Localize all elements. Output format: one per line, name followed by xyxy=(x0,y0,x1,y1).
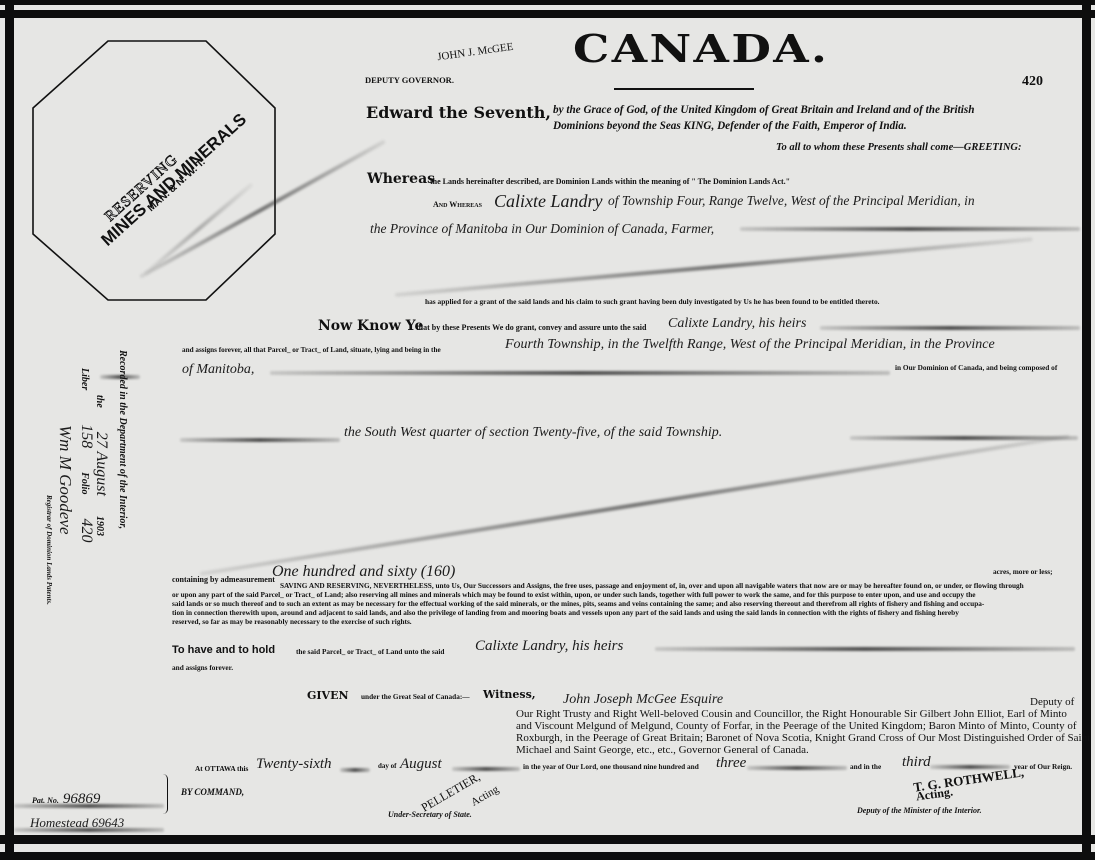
pen-stroke xyxy=(395,237,1033,297)
registrar-signature: Wm M Goodeve xyxy=(55,425,75,535)
province-name: of Manitoba, xyxy=(182,362,254,378)
whereas-heading: Whereas xyxy=(367,171,435,187)
at-ottawa-label: At OTTAWA this xyxy=(195,764,248,773)
fill-line xyxy=(747,766,847,770)
fill-line xyxy=(452,767,520,771)
footer-bracket xyxy=(163,774,168,814)
grantee-residence-2: the Province of Manitoba in Our Dominion… xyxy=(370,221,714,237)
by-command-label: BY COMMAND, xyxy=(181,787,244,797)
to-have-assigns: and assigns forever. xyxy=(172,663,233,672)
fill-line xyxy=(100,375,140,379)
governor-general-styling: Our Right Trusty and Right Well-beloved … xyxy=(516,708,1090,756)
greeting: To all to whom these Presents shall come… xyxy=(776,142,1022,153)
witness-line: and Viscount Melgund of Melgund, County … xyxy=(516,720,1090,732)
recorded-year: 1903 xyxy=(94,516,105,536)
fill-line xyxy=(740,227,1080,231)
day-value: Twenty-sixth xyxy=(256,756,332,773)
folio-value: 420 xyxy=(78,518,95,542)
deputy-of-label: Deputy of xyxy=(1030,696,1074,708)
reservation-clause: SAVING AND RESERVING, NEVERTHELESS, unto… xyxy=(172,581,1072,626)
liber-label: Liber xyxy=(79,368,90,390)
title-ornament xyxy=(614,88,754,90)
secretary-title: Under-Secretary of State. xyxy=(388,810,472,819)
margin-liber-row: Liber 158 Folio 420 xyxy=(77,368,95,542)
reservation-line: SAVING AND RESERVING, NEVERTHELESS, unto… xyxy=(172,581,1072,590)
given-heading: GIVEN xyxy=(307,689,349,702)
reservation-line: said lands or so much thereof and to suc… xyxy=(172,599,1072,608)
reign-year-value: third xyxy=(902,754,931,771)
page-title: CANADA. xyxy=(573,26,829,71)
parcel-description: the South West quarter of section Twenty… xyxy=(344,425,722,441)
witness-label: Witness, xyxy=(483,688,536,701)
given-text: under the Great Seal of Canada:— xyxy=(361,692,470,701)
folio-label: Folio xyxy=(79,472,90,494)
month-value: August xyxy=(400,756,442,773)
reign-text: and in the xyxy=(850,762,881,771)
sovereign-styling-1: by the Grace of God, of the United Kingd… xyxy=(553,104,974,116)
fill-line xyxy=(820,326,1080,330)
composed-text: in Our Dominion of Canada, and being com… xyxy=(895,363,1057,372)
secretary-stamp: PELLETIER, xyxy=(419,770,483,816)
the-label: the xyxy=(94,395,105,408)
deputy-governor-label: DEPUTY GOVERNOR. xyxy=(365,75,454,85)
border-left xyxy=(5,0,14,860)
grant-text: that by these Presents We do grant, conv… xyxy=(416,323,646,332)
grantee-residence-1: of Township Four, Range Twelve, West of … xyxy=(608,193,975,209)
stamp-john-mcgee: JOHN J. McGEE xyxy=(437,41,515,64)
fill-line xyxy=(14,804,164,808)
year-text: in the year of Our Lord, one thousand ni… xyxy=(523,762,699,771)
border-bottom-outer xyxy=(0,852,1095,860)
border-top xyxy=(0,0,1095,5)
area-acres: One hundred and sixty (160) xyxy=(272,563,455,581)
witness-line: Michael and Saint George, etc., etc., Go… xyxy=(516,744,1090,756)
reservation-line: or upon any part of the said Parcel_ or … xyxy=(172,590,1072,599)
witness-name: John Joseph McGee Esquire xyxy=(563,692,723,708)
whereas-text: the Lands hereinafter described, are Dom… xyxy=(430,177,790,186)
applied-text: has applied for a grant of the said land… xyxy=(425,297,880,306)
witness-line: Roxburgh, in the Peerage of Great Britai… xyxy=(516,732,1090,744)
to-have-heading: To have and to hold xyxy=(172,644,275,656)
grantee-name-2: Calixte Landry, his heirs xyxy=(668,316,806,332)
year-value: three xyxy=(716,755,746,772)
sovereign-heading: Edward the Seventh, xyxy=(366,103,551,122)
day-of-label: day of xyxy=(378,762,396,770)
liber-value: 158 xyxy=(78,424,95,448)
and-whereas-label: And Whereas xyxy=(433,200,482,209)
to-have-text: the said Parcel_ or Tract_ of Land unto … xyxy=(296,647,444,656)
fill-line xyxy=(340,768,370,772)
pen-stroke xyxy=(200,434,1070,576)
patent-document: RESERVING MINES AND MINERALS MAN. & N. W… xyxy=(0,0,1095,860)
now-know-ye-heading: Now Know Ye xyxy=(318,318,423,334)
witness-line: Our Right Trusty and Right Well-beloved … xyxy=(516,708,1090,720)
reservation-line: reserved, so far as may be reasonably ne… xyxy=(172,617,1072,626)
grantee-name-3: Calixte Landry, his heirs xyxy=(475,638,623,655)
grantee-name-1: Calixte Landry xyxy=(494,191,603,212)
border-bottom xyxy=(0,835,1095,844)
acres-text: acres, more or less; xyxy=(993,567,1053,576)
fill-line xyxy=(14,828,164,832)
fill-line xyxy=(270,371,890,375)
fill-line xyxy=(180,438,340,442)
fill-line xyxy=(655,647,1075,651)
assigns-text: and assigns forever, all that Parcel_ or… xyxy=(182,346,441,354)
location-description: Fourth Township, in the Twelfth Range, W… xyxy=(505,337,995,353)
registrar-title: Registrar of Dominion Lands Patents. xyxy=(45,495,53,605)
recorded-date: 27 August xyxy=(93,432,110,496)
reservation-line: tion in connection therewith upon, aroun… xyxy=(172,608,1072,617)
border-top-inner xyxy=(0,10,1095,18)
deputy-title: Deputy of the Minister of the Interior. xyxy=(857,806,982,815)
sovereign-styling-2: Dominions beyond the Seas KING, Defender… xyxy=(553,120,907,132)
document-number: 420 xyxy=(1022,74,1043,90)
